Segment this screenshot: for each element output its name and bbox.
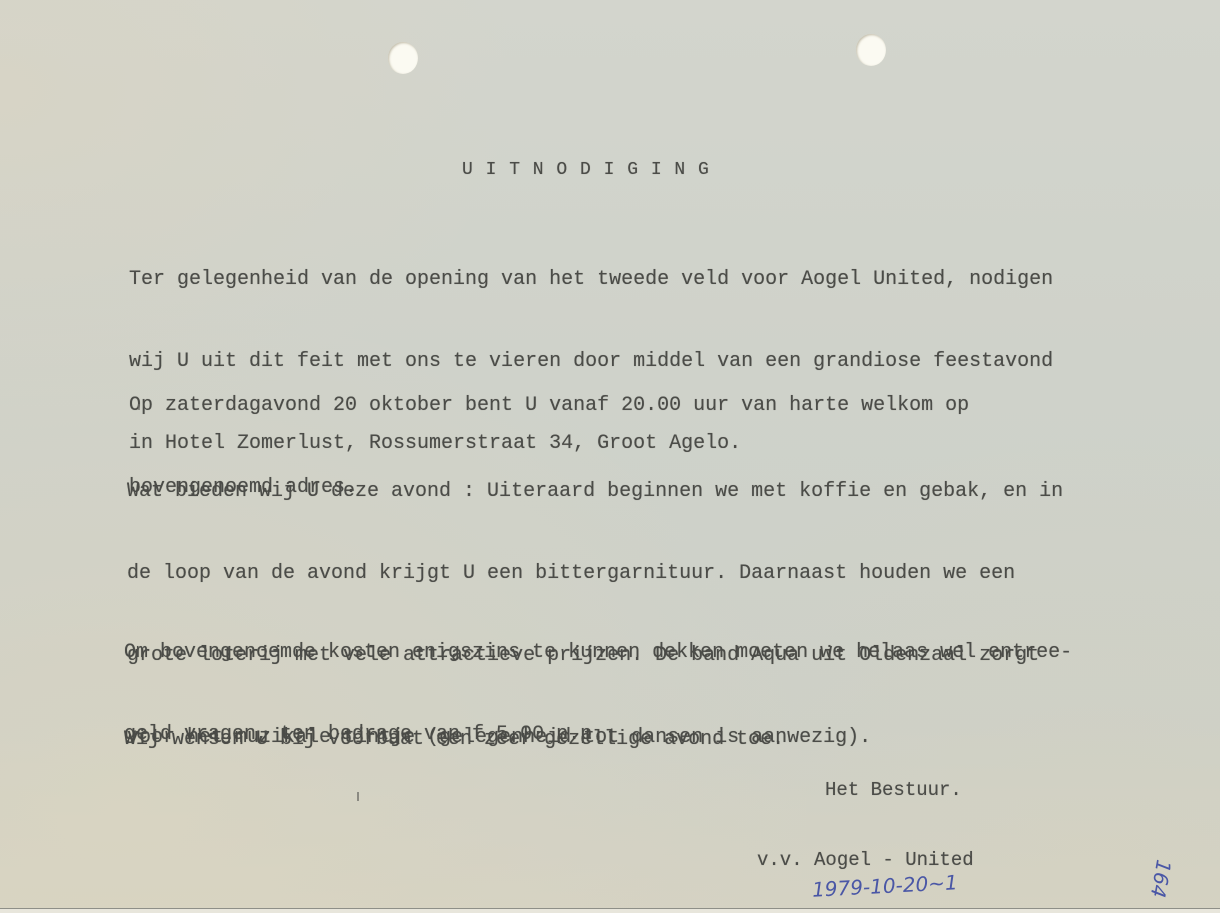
punch-hole-left [388,42,418,74]
signature-club: v.v. Aogel - United [757,847,974,873]
ink-speck [357,792,359,801]
text-line: Ter gelegenheid van de opening van het t… [129,262,1053,298]
paragraph-closing: Wij wensen U bij voorbaat een zeer gezel… [124,676,784,781]
text-line: Op zaterdagavond 20 oktober bent U vanaf… [129,388,969,424]
ink-speck [138,404,140,410]
text-line: Wat bieden wij U deze avond : Uiteraard … [127,474,1063,510]
document-title: U I T N O D I G I N G [462,160,710,180]
text-line: Om bovengenoemde kosten enigszins te kun… [124,635,1072,671]
signature-board: Het Bestuur. [757,777,974,803]
text-line: de loop van de avond krijgt U een bitter… [127,556,1063,592]
paper-bottom-edge [0,908,1220,913]
text-line: Wij wensen U bij voorbaat een zeer gezel… [124,722,784,758]
punch-hole-right [856,34,886,66]
